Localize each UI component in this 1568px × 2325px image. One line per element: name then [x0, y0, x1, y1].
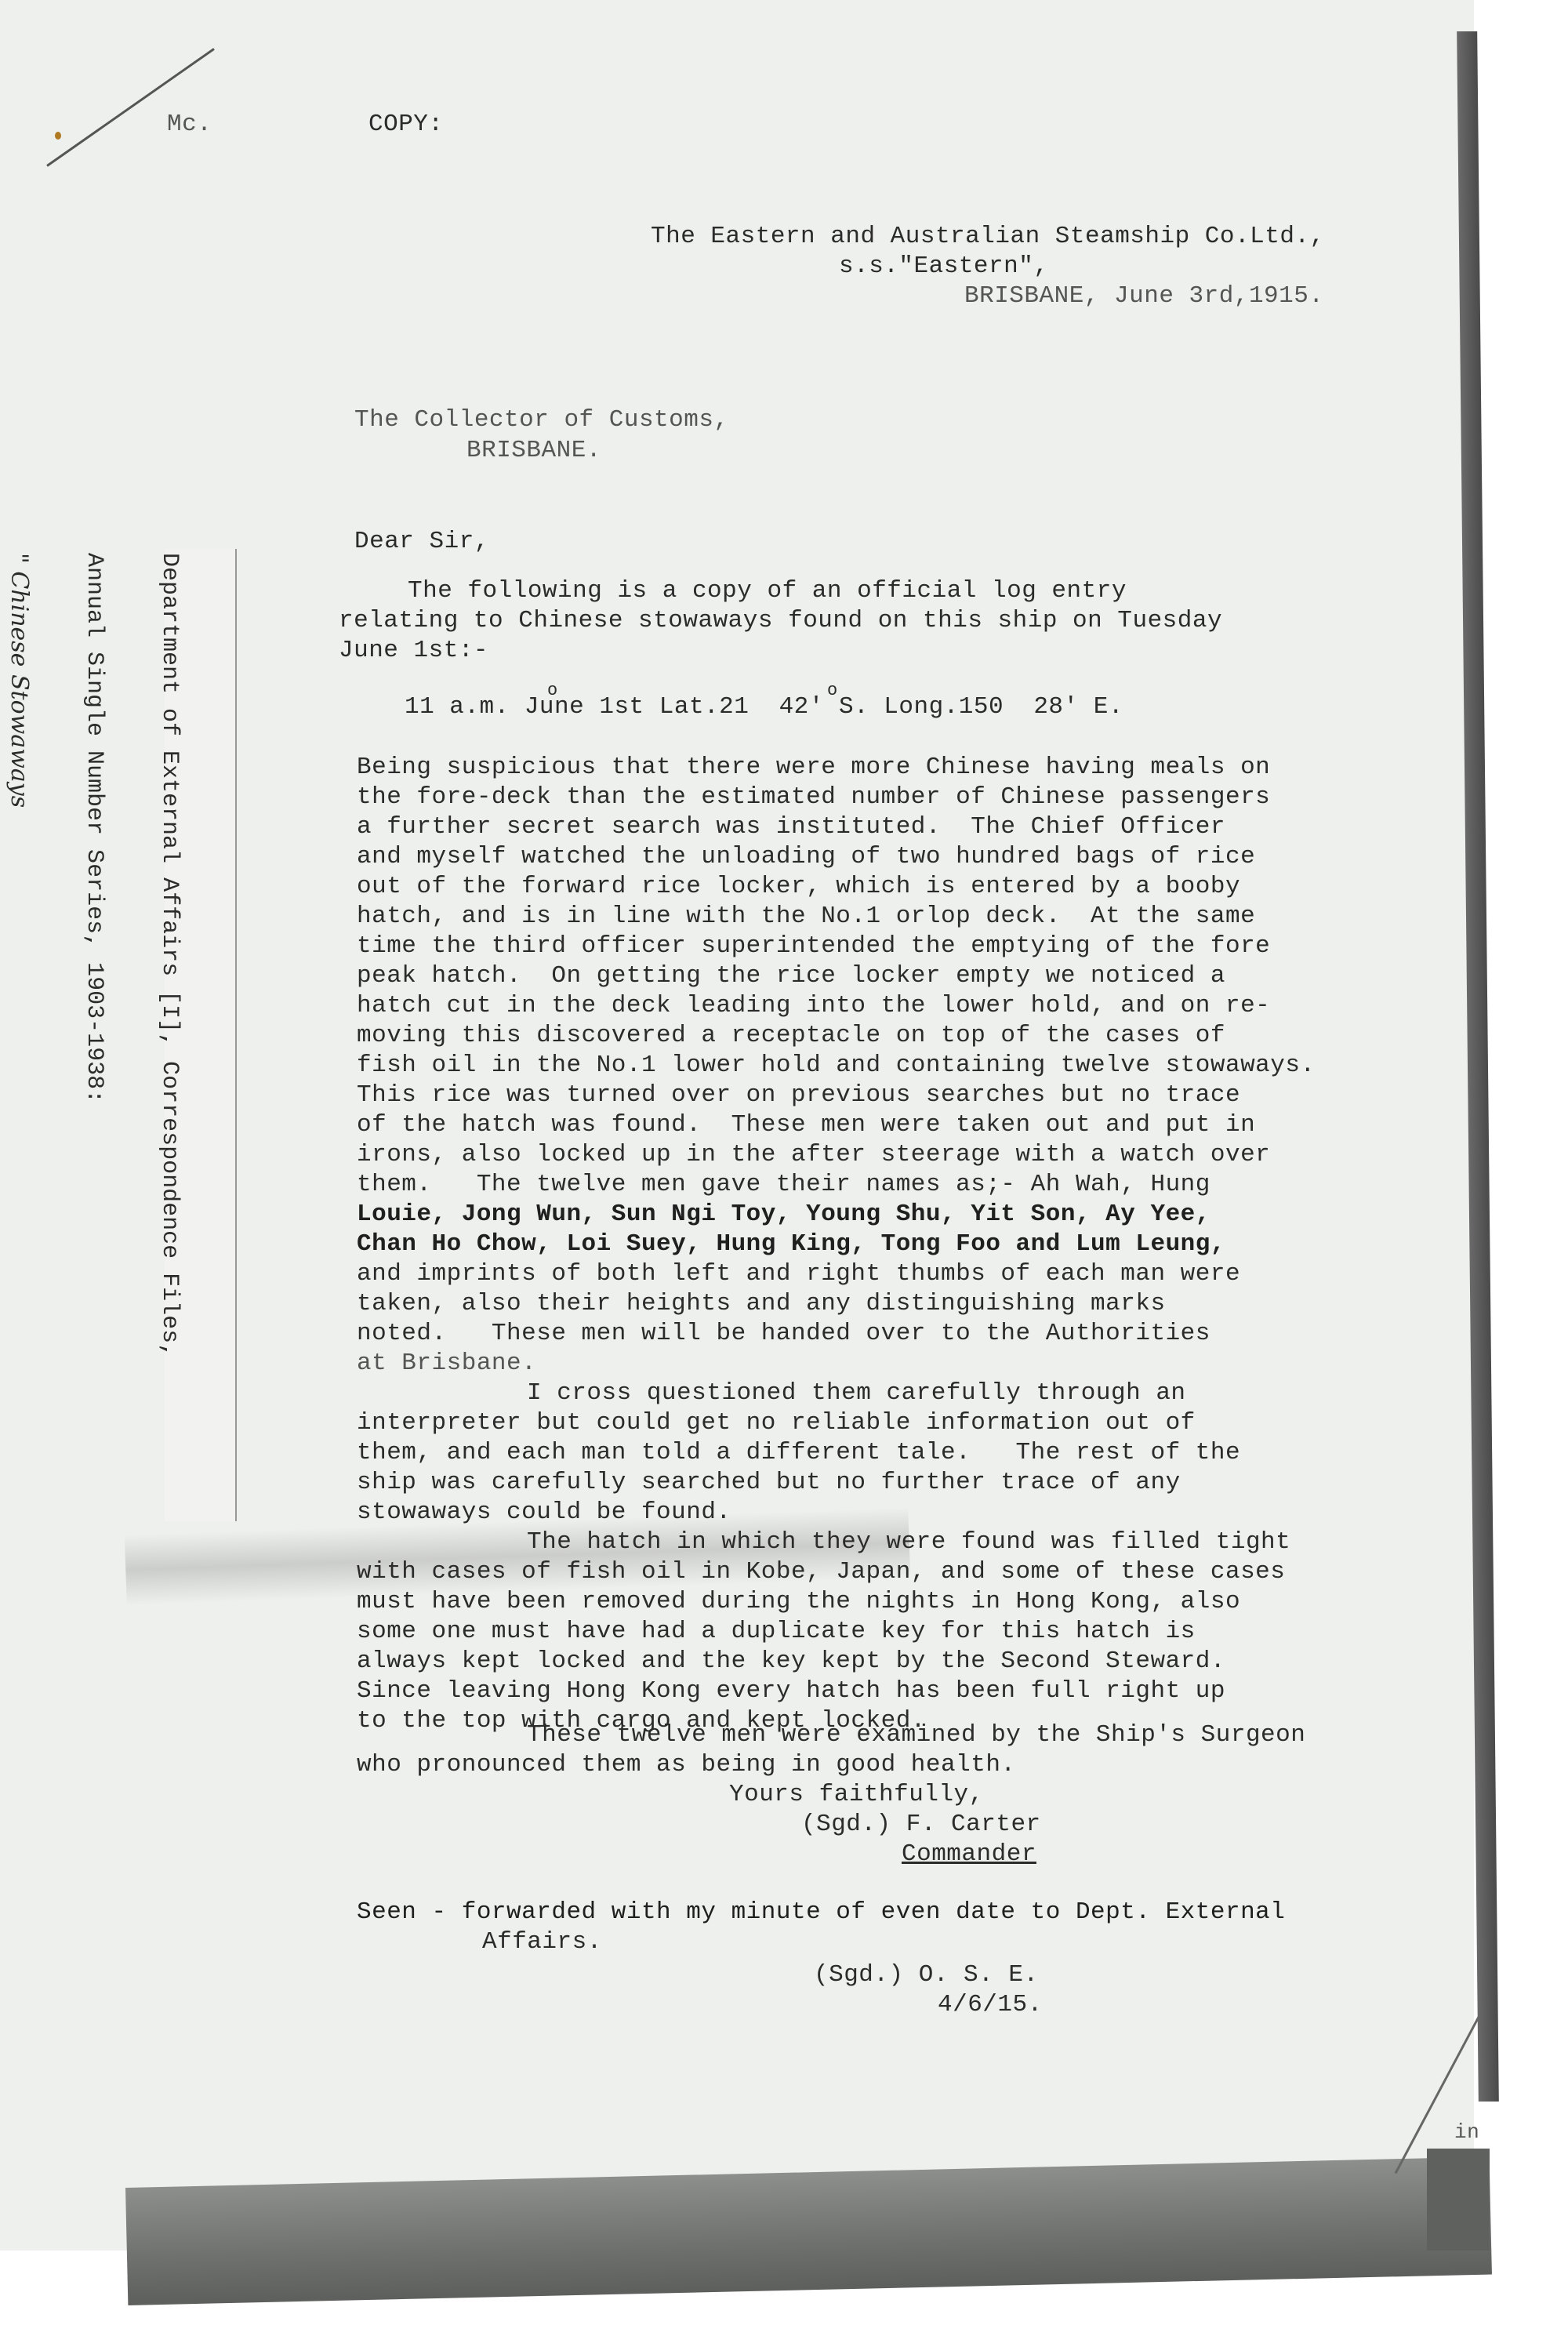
sender-company: The Eastern and Australian Steamship Co.… [651, 222, 1325, 252]
p1-line: a further secret search was instituted. … [357, 812, 1225, 842]
p2-line: interpreter but could get no reliable in… [357, 1408, 1196, 1438]
p1-line: moving this discovered a receptacle on t… [357, 1021, 1225, 1051]
p1-line: out of the forward rice locker, which is… [357, 872, 1240, 902]
p3-line: Since leaving Hong Kong every hatch has … [357, 1677, 1225, 1706]
intro-line-1: The following is a copy of an official l… [408, 576, 1127, 606]
corner-mark: in [1454, 2117, 1479, 2147]
p2-line: them, and each man told a different tale… [357, 1438, 1240, 1468]
p1-line: at Brisbane. [357, 1349, 536, 1379]
p4-line: who pronounced them as being in good hea… [357, 1750, 1016, 1780]
archive-label-line-1: Department of External Affairs [I], Corr… [157, 553, 182, 1357]
p4-line: These twelve men were examined by the Sh… [527, 1720, 1305, 1750]
p3-line: with cases of fish oil in Kobe, Japan, a… [357, 1557, 1285, 1587]
p1-line: noted. These men will be handed over to … [357, 1319, 1210, 1349]
sender-ship: s.s."Eastern", [839, 252, 1048, 282]
p1-line: hatch, and is in line with the No.1 orlo… [357, 902, 1255, 932]
p3-line: The hatch in which they were found was f… [527, 1528, 1290, 1557]
p1-line: hatch cut in the deck leading into the l… [357, 991, 1270, 1021]
p1-line: and myself watched the unloading of two … [357, 842, 1255, 872]
p1-line: time the third officer superintended the… [357, 932, 1270, 961]
intro-line-2: relating to Chinese stowaways found on t… [339, 606, 1222, 636]
endorsement-signature: (Sgd.) O. S. E. [814, 1960, 1039, 1990]
recipient-name: The Collector of Customs, [354, 405, 729, 435]
copy-label: COPY: [368, 110, 444, 140]
p3-line: always kept locked and the key kept by t… [357, 1647, 1225, 1677]
p3-line: must have been removed during the nights… [357, 1587, 1240, 1617]
ink-dot-mark [55, 132, 61, 140]
p1-line: them. The twelve men gave their names as… [357, 1170, 1210, 1200]
archive-label-line-3: " Chinese Stowaways [6, 553, 31, 1357]
p1-line: Louie, Jong Wun, Sun Ngi Toy, Young Shu,… [357, 1200, 1210, 1230]
valediction: Yours faithfully, [729, 1780, 984, 1810]
p1-line: and imprints of both left and right thum… [357, 1259, 1240, 1289]
p3-line: some one must have had a duplicate key f… [357, 1617, 1196, 1647]
p1-line: the fore-deck than the estimated number … [357, 783, 1270, 812]
endorsement-line-2: Affairs. [482, 1927, 602, 1957]
endorsement-date: 4/6/15. [938, 1990, 1043, 2020]
p2-line: I cross questioned them carefully throug… [527, 1379, 1186, 1408]
page-edge-shadow-corner [1427, 2149, 1490, 2251]
degree-mark-lat: o [547, 676, 558, 706]
p1-line: Being suspicious that there were more Ch… [357, 753, 1270, 783]
p1-line: This rice was turned over on previous se… [357, 1081, 1240, 1110]
signature-carter: (Sgd.) F. Carter [801, 1810, 1041, 1840]
p1-line: peak hatch. On getting the rice locker e… [357, 961, 1225, 991]
salutation: Dear Sir, [354, 527, 489, 557]
signature-title: Commander [902, 1840, 1036, 1869]
p2-line: ship was carefully searched but no furth… [357, 1468, 1181, 1498]
recipient-city: BRISBANE. [466, 436, 601, 466]
p1-line: Chan Ho Chow, Loi Suey, Hung King, Tong … [357, 1230, 1225, 1259]
archive-label-line-2: Annual Single Number Series, 1903-1938: [82, 553, 107, 1357]
p1-line: taken, also their heights and any distin… [357, 1289, 1166, 1319]
sender-date: BRISBANE, June 3rd,1915. [964, 282, 1323, 311]
endorsement-line-1: Seen - forwarded with my minute of even … [357, 1898, 1285, 1927]
left-mark: Mc. [167, 110, 212, 140]
p1-line: irons, also locked up in the after steer… [357, 1140, 1270, 1170]
intro-line-3: June 1st:- [339, 636, 488, 666]
p1-line: of the hatch was found. These men were t… [357, 1110, 1255, 1140]
log-position: 11 a.m. June 1st Lat.21 42' S. Long.150 … [405, 692, 1123, 722]
p1-line: fish oil in the No.1 lower hold and cont… [357, 1051, 1316, 1081]
degree-mark-long: o [827, 676, 838, 706]
p2-line: stowaways could be found. [357, 1498, 731, 1528]
archive-label: Department of External Affairs [I], Corr… [0, 553, 232, 1357]
